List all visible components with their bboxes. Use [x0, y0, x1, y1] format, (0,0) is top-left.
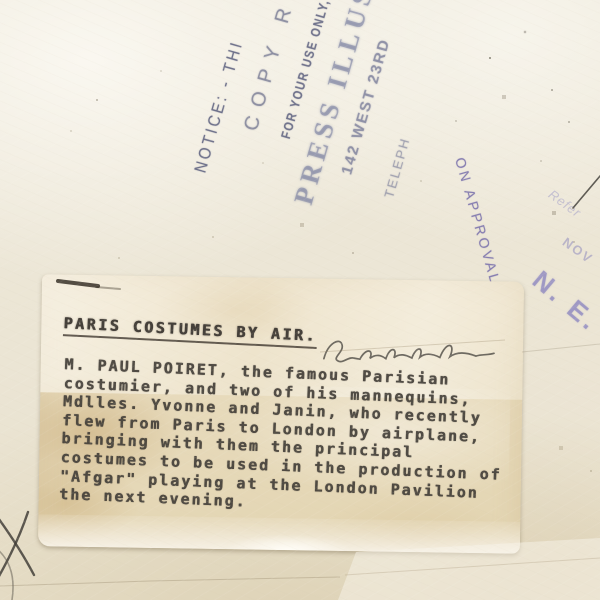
caption-body: M. PAUL POIRET, the famous Parisian cost…: [59, 355, 513, 522]
stamp-initials: N. E.: [516, 256, 600, 347]
label-bottom-crease: [38, 514, 520, 554]
paper-specks: [0, 0, 2, 2]
photo-back: NOTICE: - THI COPY RI FOR YOUR USE ONLY,…: [0, 0, 600, 600]
stamp-telephone-line: TELEPH: [380, 131, 414, 204]
stamp-reference: Refer: [536, 179, 595, 228]
stamp-on-approval: ON APPROVAL: [452, 155, 504, 286]
caption-label: PARIS COSTUMES BY AIR. M. PAUL POIRET, t…: [38, 274, 524, 554]
pencil-x-mark: [0, 512, 34, 600]
caption-title: PARIS COSTUMES BY AIR.: [63, 314, 317, 349]
stamp-date-month: NOV: [553, 229, 600, 272]
